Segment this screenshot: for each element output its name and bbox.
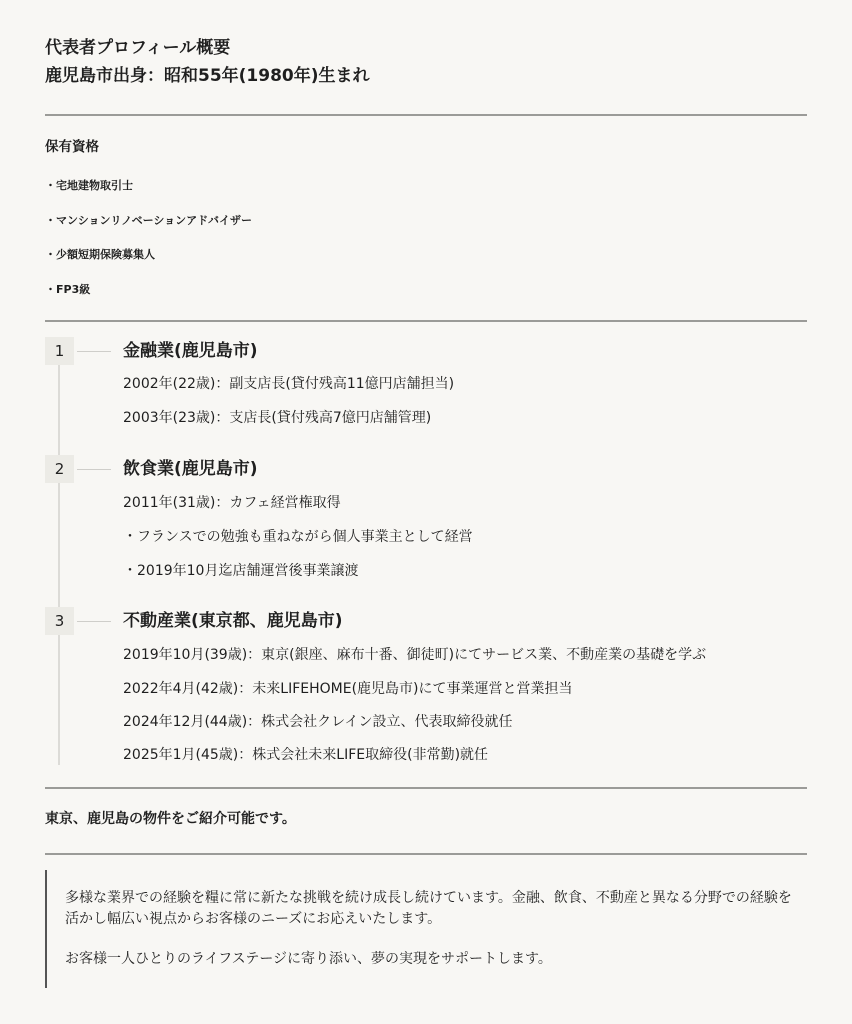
connector-line — [77, 351, 111, 352]
qualification-item: ・FP3級 — [45, 281, 90, 297]
divider — [45, 114, 807, 116]
timeline-entry: 2025年1月(45歳)：株式会社未来LIFE取締役(非常勤)就任 — [123, 744, 488, 764]
step-badge: 2 — [45, 455, 74, 483]
profile-header: 代表者プロフィール概要 鹿児島市出身：昭和55年(1980年)生まれ — [45, 34, 370, 90]
page-title: 代表者プロフィール概要 — [45, 34, 370, 62]
connector-line — [77, 621, 111, 622]
timeline-entry: 2019年10月(39歳)：東京(銀座、麻布十番、御徒町)にてサービス業、不動産… — [123, 644, 706, 664]
service-area-note: 東京、鹿児島の物件をご紹介可能です。 — [45, 808, 296, 828]
timeline-entry: ・フランスでの勉強も重ねながら個人事業主として経営 — [123, 526, 473, 546]
quote-paragraph: お客様一人ひとりのライフステージに寄り添い、夢の実現をサポートします。 — [47, 930, 809, 970]
connector-line — [77, 469, 111, 470]
quote-paragraph: 多様な業界での経験を糧に常に新たな挑戦を続け成長し続けています。金融、飲食、不動… — [47, 870, 809, 930]
birth-info: 鹿児島市出身：昭和55年(1980年)生まれ — [45, 62, 370, 90]
divider — [45, 787, 807, 789]
qualification-item: ・宅地建物取引士 — [45, 177, 133, 193]
timeline-entry: 2003年(23歳)：支店長(貸付残高7億円店舗管理) — [123, 407, 431, 427]
qualification-item: ・少額短期保険募集人 — [45, 246, 155, 262]
timeline-entry: 2002年(22歳)：副支店長(貸付残高11億円店舗担当) — [123, 373, 454, 393]
timeline-heading: 飲食業(鹿児島市) — [123, 455, 258, 483]
timeline-entry: 2024年12月(44歳)：株式会社クレイン設立、代表取締役就任 — [123, 711, 512, 731]
qualifications-title: 保有資格 — [45, 135, 99, 155]
timeline-heading: 金融業(鹿児島市) — [123, 337, 258, 365]
timeline-line — [58, 365, 60, 765]
timeline-heading: 不動産業(東京都、鹿児島市) — [123, 607, 343, 635]
timeline-entry: ・2019年10月迄店舗運営後事業譲渡 — [123, 560, 358, 580]
step-badge: 1 — [45, 337, 74, 365]
message-quote: 多様な業界での経験を糧に常に新たな挑戦を続け成長し続けています。金融、飲食、不動… — [45, 870, 809, 988]
step-badge: 3 — [45, 607, 74, 635]
timeline-entry: 2011年(31歳)：カフェ経営権取得 — [123, 492, 341, 512]
timeline-entry: 2022年4月(42歳)：未来LIFEHOME(鹿児島市)にて事業運営と営業担当 — [123, 678, 573, 698]
divider — [45, 853, 807, 855]
qualification-item: ・マンションリノベーションアドバイザー — [45, 212, 252, 228]
divider — [45, 320, 807, 322]
